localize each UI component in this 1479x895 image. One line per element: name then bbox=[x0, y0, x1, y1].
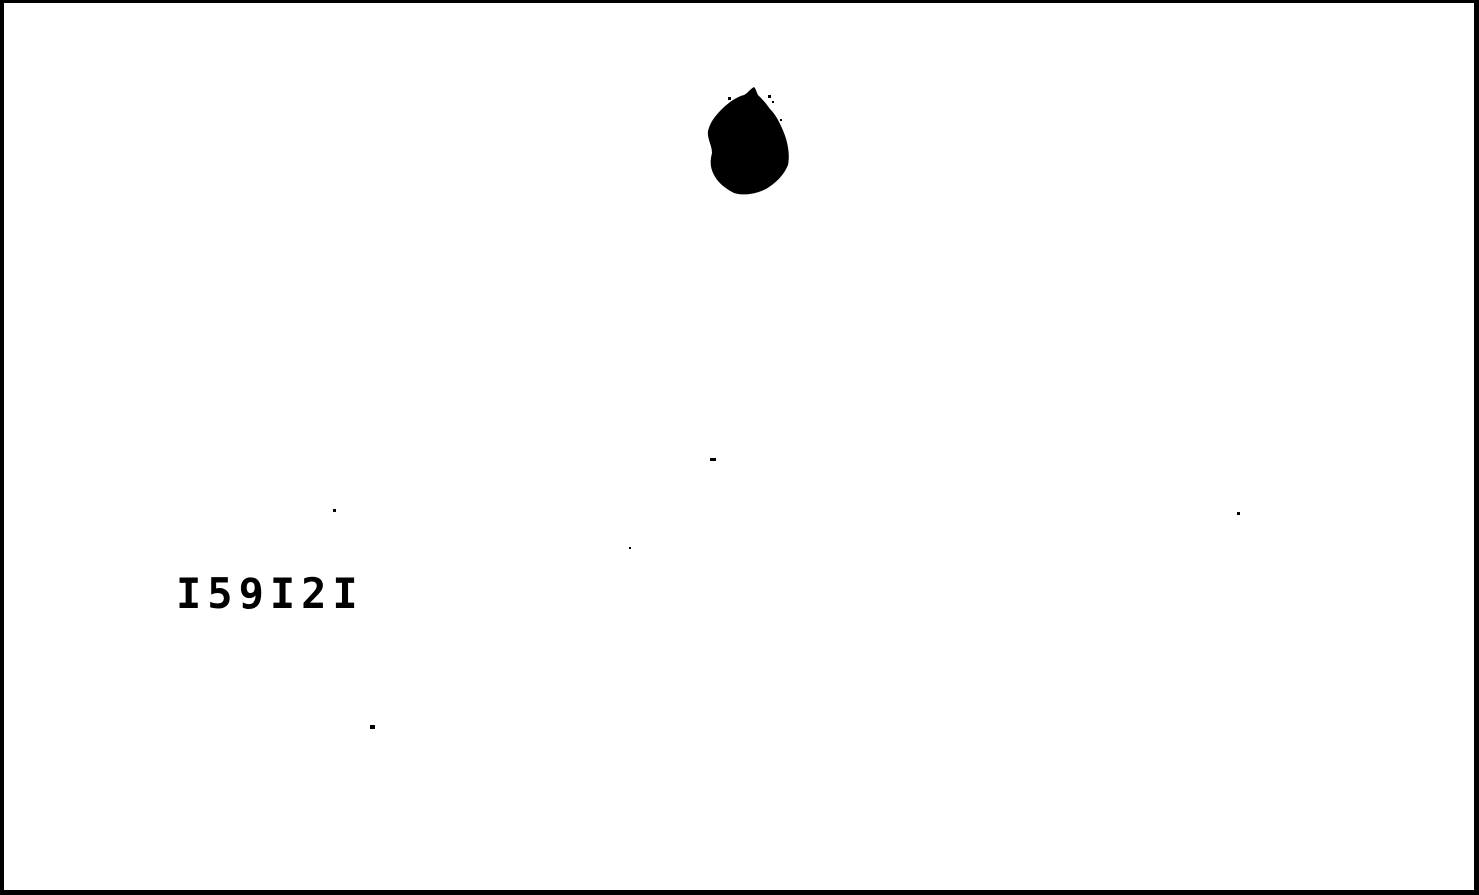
card-number: I59I2I bbox=[176, 573, 364, 615]
speck-mark bbox=[370, 725, 375, 729]
index-card: I59I2I bbox=[4, 3, 1474, 890]
ink-blot-mark bbox=[704, 83, 790, 197]
speck-mark bbox=[629, 547, 631, 549]
speck-mark bbox=[710, 458, 716, 461]
speck-mark bbox=[333, 509, 336, 512]
speck-mark bbox=[1237, 512, 1240, 515]
